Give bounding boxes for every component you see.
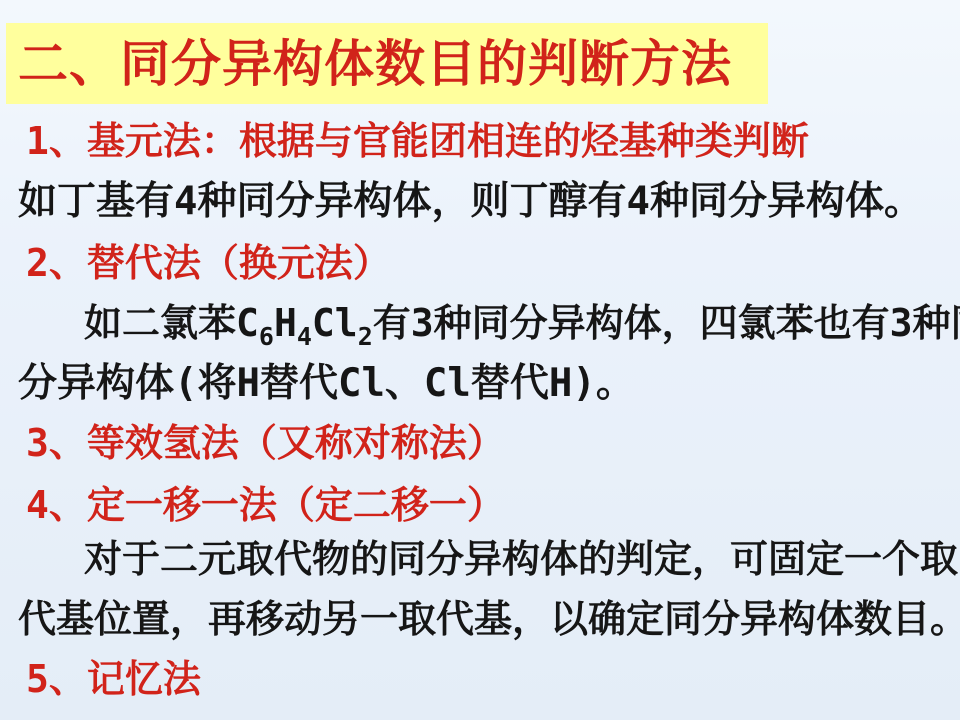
formula-symbol: H <box>274 301 297 345</box>
method-2-heading: 2、替代法（换元法） <box>26 242 391 285</box>
formula-subscript: 6 <box>259 322 274 351</box>
method-2-text-prefix: 如二氯苯 <box>84 301 236 345</box>
method-1-text: 如丁基有4种同分异构体，则丁醇有4种同分异构体。 <box>18 180 923 224</box>
formula-subscript: 2 <box>358 322 373 351</box>
method-1-heading: 1、基元法：根据与官能团相连的烃基种类判断 <box>26 120 809 163</box>
presentation-slide: 二、同分异构体数目的判断方法 1、基元法：根据与官能团相连的烃基种类判断 如丁基… <box>0 0 960 720</box>
slide-title: 二、同分异构体数目的判断方法 <box>6 39 732 89</box>
method-3-heading: 3、等效氢法（又称对称法） <box>26 422 505 465</box>
method-4-heading: 4、定一移一法（定二移一） <box>26 484 505 527</box>
method-2-text-suffix: 有3种同分异构体，四氯苯也有3种同 <box>373 301 960 345</box>
method-2-text-line-1: 如二氯苯C6H4Cl2有3种同分异构体，四氯苯也有3种同 <box>84 302 960 345</box>
formula-c6h4cl2: C6H4Cl2 <box>236 301 373 345</box>
method-4-text-line-2: 代基位置，再移动另一取代基，以确定同分异构体数目。 <box>18 598 960 641</box>
formula-symbol: Cl <box>312 301 358 345</box>
method-5-heading: 5、记忆法 <box>26 658 201 701</box>
formula-symbol: C <box>236 301 259 345</box>
method-2-text-line-2: 分异构体(将H替代Cl、Cl替代H)。 <box>18 362 635 406</box>
method-4-text-line-1: 对于二元取代物的同分异构体的判定，可固定一个取 <box>84 538 958 581</box>
formula-subscript: 4 <box>297 322 312 351</box>
title-banner: 二、同分异构体数目的判断方法 <box>6 23 768 104</box>
